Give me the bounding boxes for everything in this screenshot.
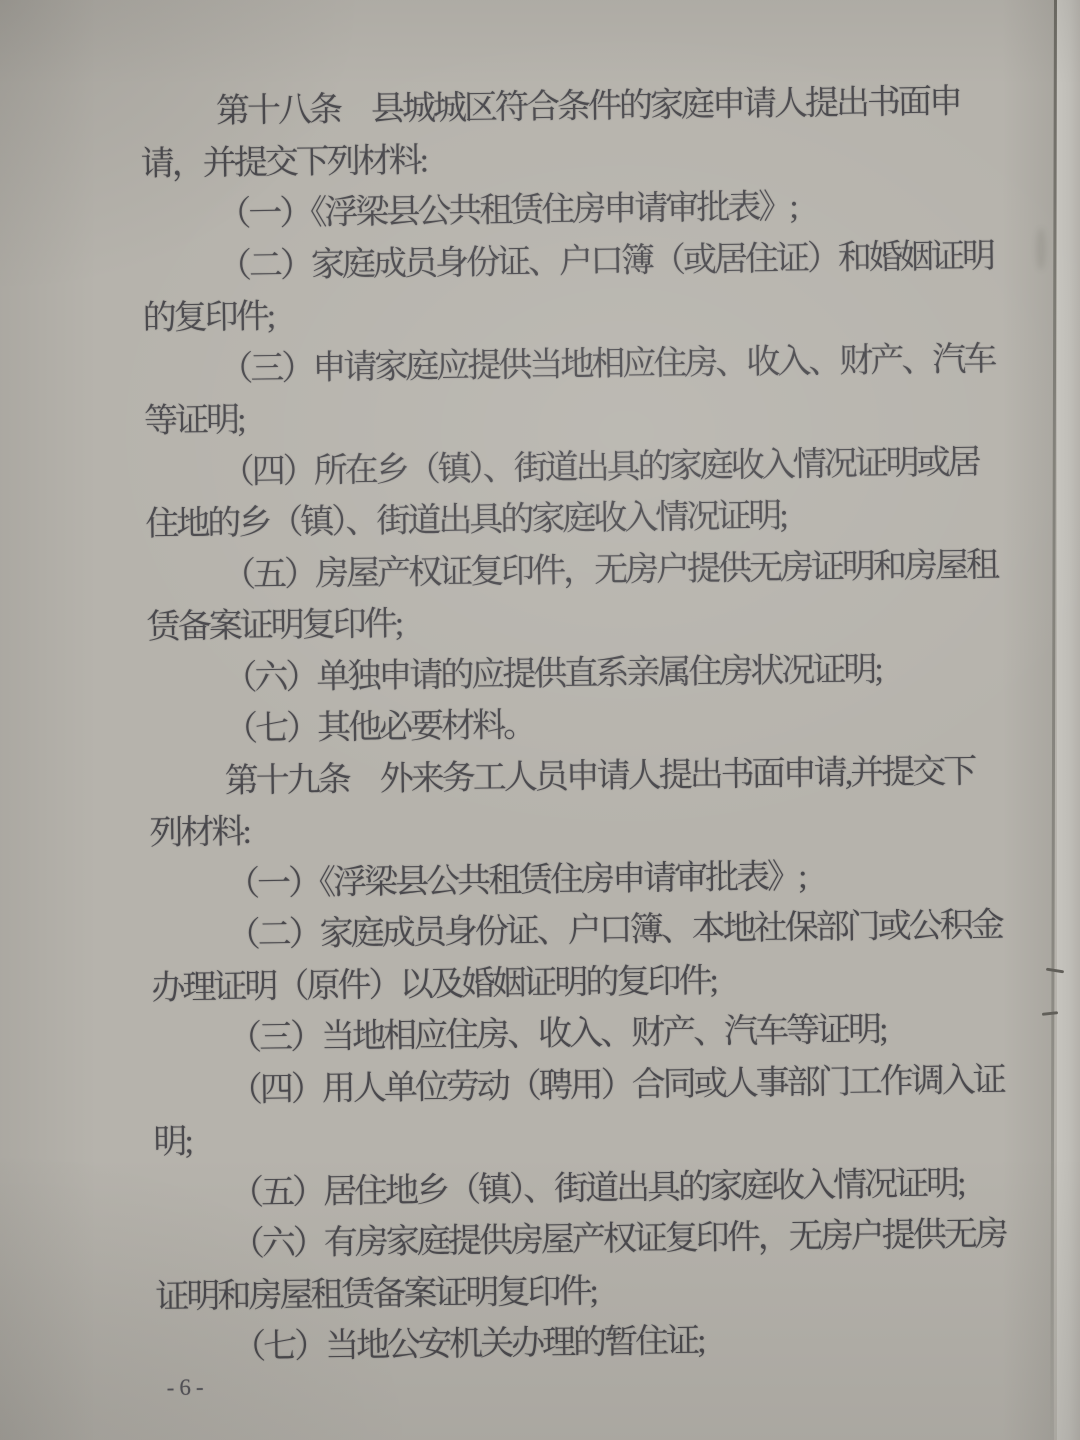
page-number: -6- <box>167 1374 209 1401</box>
text-line: （四）所在乡（镇）、街道出具的家庭收入情况证明或居 <box>144 437 985 499</box>
document-photo: 第十八条 县城城区符合条件的家庭申请人提出书面申 请，并提交下列材料: （一）《… <box>0 0 1080 1440</box>
text-line: （五）房屋产权证复印件，无房户提供无房证明和房屋租 <box>146 540 987 602</box>
text-line: （七）当地公安机关办理的暂住证; <box>156 1312 997 1374</box>
text-line: （三）申请家庭应提供当地相应住房、收入、财产、汽车 <box>143 334 984 396</box>
text-line: （二）家庭成员身份证、户口簿、本地社保部门或公积金 <box>150 900 991 962</box>
text-line: （六）有房家庭提供房屋产权证复印件，无房户提供无房 <box>155 1209 996 1271</box>
text-line: （六）单独申请的应提供直系亲属住房状况证明; <box>147 643 988 705</box>
text-line: 第十八条 县城城区符合条件的家庭申请人提出书面申 <box>140 76 981 138</box>
text-line: 第十九条 外来务工人员申请人提出书面申请,并提交下 <box>148 746 989 808</box>
text-line: （二）家庭成员身份证、户口簿（或居住证）和婚姻证明 <box>142 231 983 293</box>
text-line: （四）用人单位劳动（聘用）合同或人事部门工作调入证 <box>152 1055 993 1117</box>
text-block: 第十八条 县城城区符合条件的家庭申请人提出书面申 请，并提交下列材料: （一）《… <box>140 76 997 1374</box>
printed-content: 第十八条 县城城区符合条件的家庭申请人提出书面申 请，并提交下列材料: （一）《… <box>0 0 1080 1440</box>
